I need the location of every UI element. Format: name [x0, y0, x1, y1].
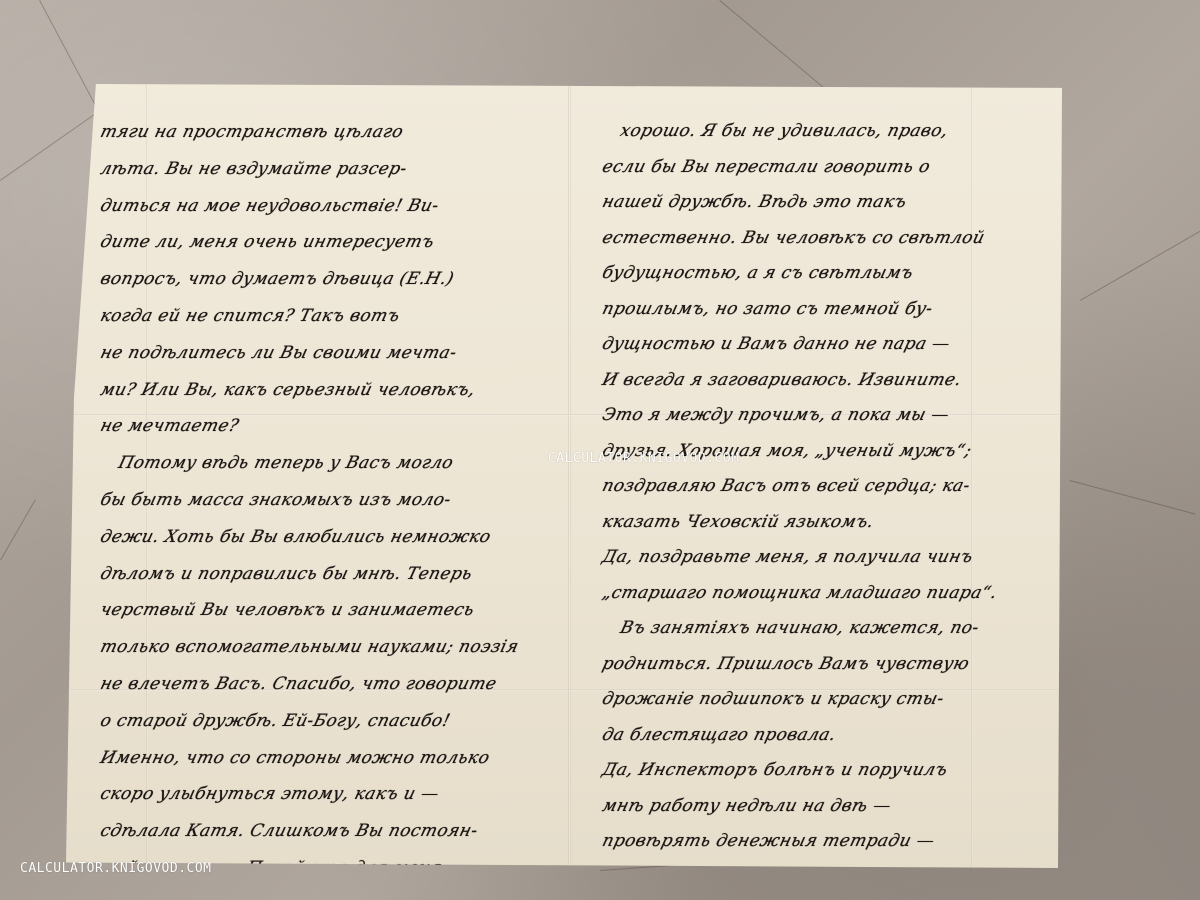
text-line: И всегда я заговариваюсь. Извините. — [598, 363, 1047, 399]
text-line: ми? Или Вы, какъ серьезный человѣкъ, — [96, 372, 575, 409]
text-line: лѣта. Вы не вздумайте разсер- — [96, 151, 575, 188]
letter-sheet: тяги на пространствѣ цѣлаго лѣта. Вы не … — [66, 84, 1062, 868]
text-line: „старшаго помощника младшаго пиара“. — [598, 576, 1047, 612]
text-line: диться на мое неудовольствіе! Ви- — [96, 188, 575, 225]
left-page-text: тяги на пространствѣ цѣлаго лѣта. Вы не … — [96, 114, 566, 887]
text-line: не влечетъ Васъ. Спасибо, что говорите — [96, 666, 575, 703]
watermark-bottom-left: CALCULATOR.KNIGOVOD.COM — [20, 861, 212, 876]
text-line: черствый Вы человѣкъ и занимаетесь — [96, 592, 575, 629]
text-line: провѣрять денежныя тетради — — [598, 824, 1047, 860]
text-line: да блестящаго провала. — [598, 718, 1047, 754]
text-line: скоро улыбнуться этому, какъ и — — [96, 776, 575, 813]
text-line: не мечтаете? — [96, 408, 575, 445]
text-line: дущностью и Вамъ данно не пара — — [598, 327, 1047, 363]
text-line: когда ей не спится? Такъ вотъ — [96, 298, 575, 335]
text-line: Именно, что со стороны можно только — [96, 740, 575, 777]
text-line: сдѣлала Катя. Слишкомъ Вы постоян- — [96, 813, 575, 850]
text-line: дрожаніе подшипокъ и краску сты- — [598, 682, 1047, 718]
text-line: будущностью, а я съ свѣтлымъ — [598, 256, 1047, 292]
marble-vein — [0, 499, 36, 560]
text-line: дѣломъ и поправились бы мнѣ. Теперь — [96, 556, 575, 593]
text-line: хорошо. Я бы не удивилась, право, — [598, 114, 1047, 150]
text-line: бы быть масса знакомыхъ изъ моло- — [96, 482, 575, 519]
text-line: естественно. Вы человѣкъ со свѣтлой — [598, 221, 1047, 257]
marble-vein — [719, 0, 827, 91]
right-page-text: хорошо. Я бы не удивилась, право, если б… — [598, 114, 1038, 860]
text-line: дежи. Хоть бы Вы влюбились немножко — [96, 519, 575, 556]
text-line: Да, поздравьте меня, я получила чинъ — [598, 540, 1047, 576]
text-line: только вспомогательными науками; поэзія — [96, 629, 575, 666]
text-line: Потому вѣдь теперь у Васъ могло — [96, 445, 575, 482]
text-line: мнѣ работу недѣли на двѣ — — [598, 789, 1047, 825]
text-line: Это я между прочимъ, а пока мы — — [598, 398, 1047, 434]
watermark-center: CALCULATOR.KNIGOVOD.COM — [548, 451, 740, 466]
marble-vein — [0, 111, 99, 181]
text-line: нашей дружбѣ. Вѣдь это такъ — [598, 185, 1047, 221]
text-line: не подѣлитесь ли Вы своими мечта- — [96, 335, 575, 372]
text-line: тяги на пространствѣ цѣлаго — [96, 114, 575, 151]
text-line: дите ли, меня очень интересуетъ — [96, 224, 575, 261]
text-line: Въ занятіяхъ начинаю, кажется, по- — [598, 611, 1047, 647]
marble-vein — [1070, 480, 1196, 515]
text-line: о старой дружбѣ. Ей-Богу, спасибо! — [96, 703, 575, 740]
text-line: поздравляю Васъ отъ всей сердца; ка- — [598, 469, 1047, 505]
text-line: прошлымъ, но зато съ темной бу- — [598, 292, 1047, 328]
text-line: вопросъ, что думаетъ дѣвица (Е.Н.) — [96, 261, 575, 298]
text-line: родниться. Пришлось Вамъ чувствую — [598, 647, 1047, 683]
text-line: если бы Вы перестали говорить о — [598, 150, 1047, 186]
text-line: кказать Чеховскій языкомъ. — [598, 505, 1047, 541]
marble-vein — [1080, 230, 1200, 301]
text-line: Да, Инспекторъ болѣнъ и поручилъ — [598, 753, 1047, 789]
